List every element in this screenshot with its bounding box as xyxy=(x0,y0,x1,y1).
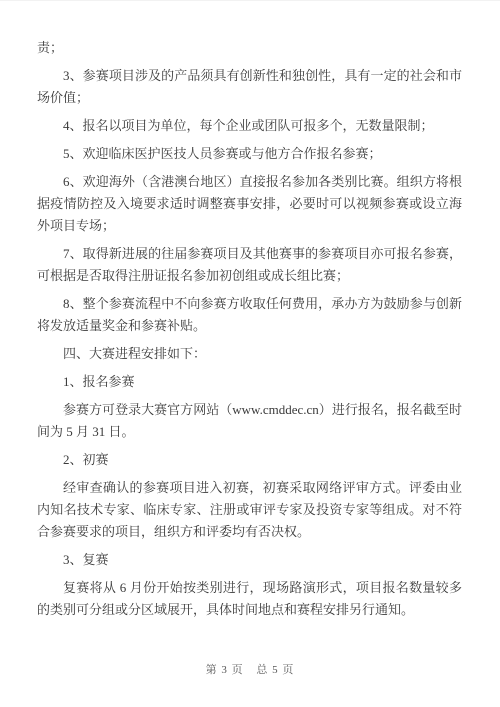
subheading-semifinal-round: 3、复赛 xyxy=(37,549,462,571)
rule-item-7: 7、取得新进展的往届参赛项目及其他赛事的参赛项目亦可报名参赛，可根据是否取得注册… xyxy=(37,243,462,287)
paragraph-signup-details: 参赛方可登录大赛官方网站（www.cmddec.cn）进行报名，报名截至时间为 … xyxy=(37,399,462,443)
rule-item-8: 8、整个参赛流程中不向参赛方收取任何费用，承办方为鼓励参与创新将发放适量奖金和参… xyxy=(37,293,462,337)
paragraph-preliminary-details: 经审查确认的参赛项目进入初赛，初赛采取网络评审方式。评委由业内知名技术专家、临床… xyxy=(37,477,462,543)
subheading-signup: 1、报名参赛 xyxy=(37,371,462,393)
subheading-preliminary-round: 2、初赛 xyxy=(37,449,462,471)
paragraph-continuation: 责； xyxy=(37,37,462,59)
rule-item-3: 3、参赛项目涉及的产品须具有创新性和独创性，具有一定的社会和市场价值； xyxy=(37,65,462,109)
total-pages-label: 总 5 页 xyxy=(256,664,294,676)
rule-item-5: 5、欢迎临床医护医技人员参赛或与他方合作报名参赛； xyxy=(37,143,462,165)
page-number-label: 第 3 页 xyxy=(206,664,244,676)
section-heading-schedule: 四、大赛进程安排如下： xyxy=(37,343,462,365)
page-footer: 第 3 页 总 5 页 xyxy=(0,662,500,678)
rule-item-6: 6、欢迎海外（含港澳台地区）直接报名参加各类别比赛。组织方将根据疫情防控及入境要… xyxy=(37,171,462,237)
paragraph-semifinal-details: 复赛将从 6 月份开始按类别进行，现场路演形式，项目报名数量较多的类别可分组或分… xyxy=(37,577,462,621)
document-body: 责； 3、参赛项目涉及的产品须具有创新性和独创性，具有一定的社会和市场价值； 4… xyxy=(37,37,462,627)
rule-item-4: 4、报名以项目为单位，每个企业或团队可报多个，无数量限制； xyxy=(37,115,462,137)
document-page: 责； 3、参赛项目涉及的产品须具有创新性和独创性，具有一定的社会和市场价值； 4… xyxy=(0,0,500,707)
